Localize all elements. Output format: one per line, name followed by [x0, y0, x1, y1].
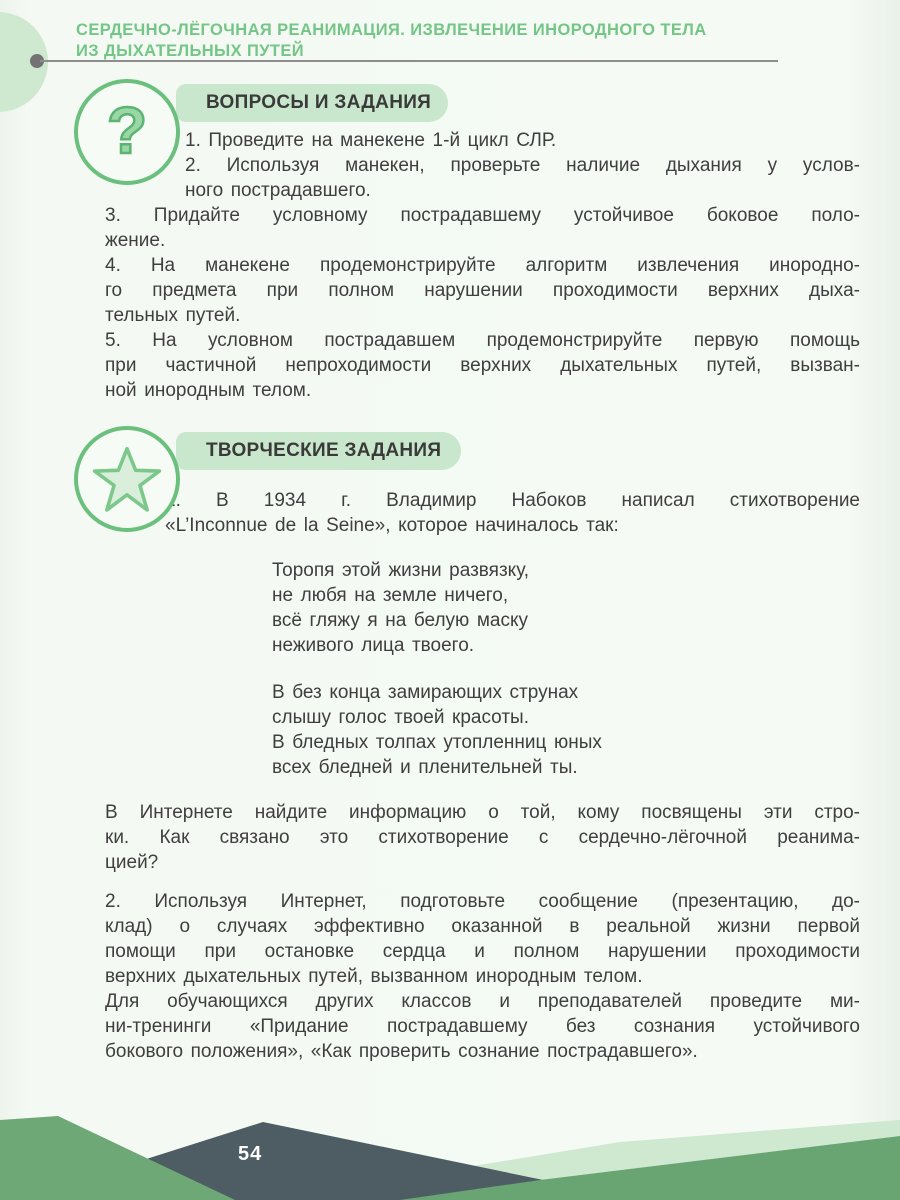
creative-task-2-line: помощи при остановке сердца и полном нар…	[105, 939, 860, 964]
question-item-3-line: 3. Придайте условному пострадавшему усто…	[105, 203, 860, 228]
page-number: 54	[238, 1143, 262, 1166]
question-item-4-line: тельных путей.	[105, 303, 860, 328]
question-item-2-line: ного пострадавшего.	[185, 178, 860, 203]
textbook-page: СЕРДЕЧНО-ЛЁГОЧНАЯ РЕАНИМАЦИЯ. ИЗВЛЕЧЕНИЕ…	[0, 0, 900, 1200]
poem-line: Торопя этой жизни развязку,	[272, 558, 860, 583]
question-item-5-line: ной инородным телом.	[105, 378, 860, 403]
creative-task-2-line: клад) о случаях эффективно оказанной в р…	[105, 914, 860, 939]
creative-heading-banner: ТВОРЧЕСКИЕ ЗАДАНИЯ	[176, 432, 461, 470]
question-item-4-line: го предмета при полном нарушении проходи…	[105, 278, 860, 303]
header-rule	[40, 60, 778, 62]
questions-heading: ВОПРОСЫ И ЗАДАНИЯ	[206, 92, 431, 114]
creative-task-2-line: ни-тренинги «Придание пострадавшему без …	[105, 1014, 860, 1039]
question-mark-icon: ?	[107, 97, 147, 163]
task-1-question-line: цией?	[105, 850, 860, 875]
creative-heading: ТВОРЧЕСКИЕ ЗАДАНИЯ	[206, 440, 441, 462]
question-item-3-line: жение.	[105, 228, 860, 253]
creative-task-1-line: «L’Inconnue de la Seine», которое начина…	[165, 513, 860, 538]
creative-task-2-line: бокового положения», «Как проверить созн…	[105, 1039, 860, 1064]
creative-task-2-line: 2. Используя Интернет, подготовьте сообщ…	[105, 889, 860, 914]
creative-badge	[74, 426, 180, 532]
poem-line: всё гляжу я на белую маску	[272, 608, 860, 633]
question-item-5-line: 5. На условном пострадавшем продемонстри…	[105, 328, 860, 353]
task-1-question-line: ки. Как связано это стихотворение с серд…	[105, 825, 860, 850]
creative-task-1-line: 1. В 1934 г. Владимир Набоков написал ст…	[165, 488, 860, 513]
question-item-4-line: 4. На манекене продемонстрируйте алгорит…	[105, 253, 860, 278]
question-item-1-line: 1. Проведите на манекене 1-й цикл СЛР.	[185, 128, 860, 153]
questions-list: 1. Проведите на манекене 1-й цикл СЛР. 2…	[105, 128, 860, 403]
chapter-title-line2: ИЗ ДЫХАТЕЛЬНЫХ ПУТЕЙ	[76, 41, 816, 62]
chapter-title-line1: СЕРДЕЧНО-ЛЁГОЧНАЯ РЕАНИМАЦИЯ. ИЗВЛЕЧЕНИЕ…	[76, 20, 816, 41]
question-item-2-line: 2. Используя манекен, проверьте наличие …	[185, 153, 860, 178]
poem-line: В бледных толпах утопленниц юных	[272, 730, 860, 755]
questions-badge: ?	[74, 79, 180, 185]
questions-heading-banner: ВОПРОСЫ И ЗАДАНИЯ	[176, 84, 448, 122]
chapter-title: СЕРДЕЧНО-ЛЁГОЧНАЯ РЕАНИМАЦИЯ. ИЗВЛЕЧЕНИЕ…	[76, 20, 816, 61]
poem-line: слышу голос твоей красоты.	[272, 705, 860, 730]
footer-mountains	[0, 1080, 900, 1200]
question-item-5-line: при частичной непроходимости верхних дых…	[105, 353, 860, 378]
poem-line: неживого лица твоего.	[272, 633, 860, 658]
star-icon	[91, 443, 163, 515]
poem-line: В без конца замирающих струнах	[272, 680, 860, 705]
task-1-question-line: В Интернете найдите информацию о той, ко…	[105, 800, 860, 825]
creative-tasks: 1. В 1934 г. Владимир Набоков написал ст…	[105, 488, 860, 1064]
poem-line: всех бледней и пленительней ты.	[272, 755, 860, 780]
poem-line: не любя на земле ничего,	[272, 583, 860, 608]
creative-task-2-line: верхних дыхательных путей, вызванном ино…	[105, 964, 860, 989]
creative-task-2-line: Для обучающихся других классов и препода…	[105, 989, 860, 1014]
